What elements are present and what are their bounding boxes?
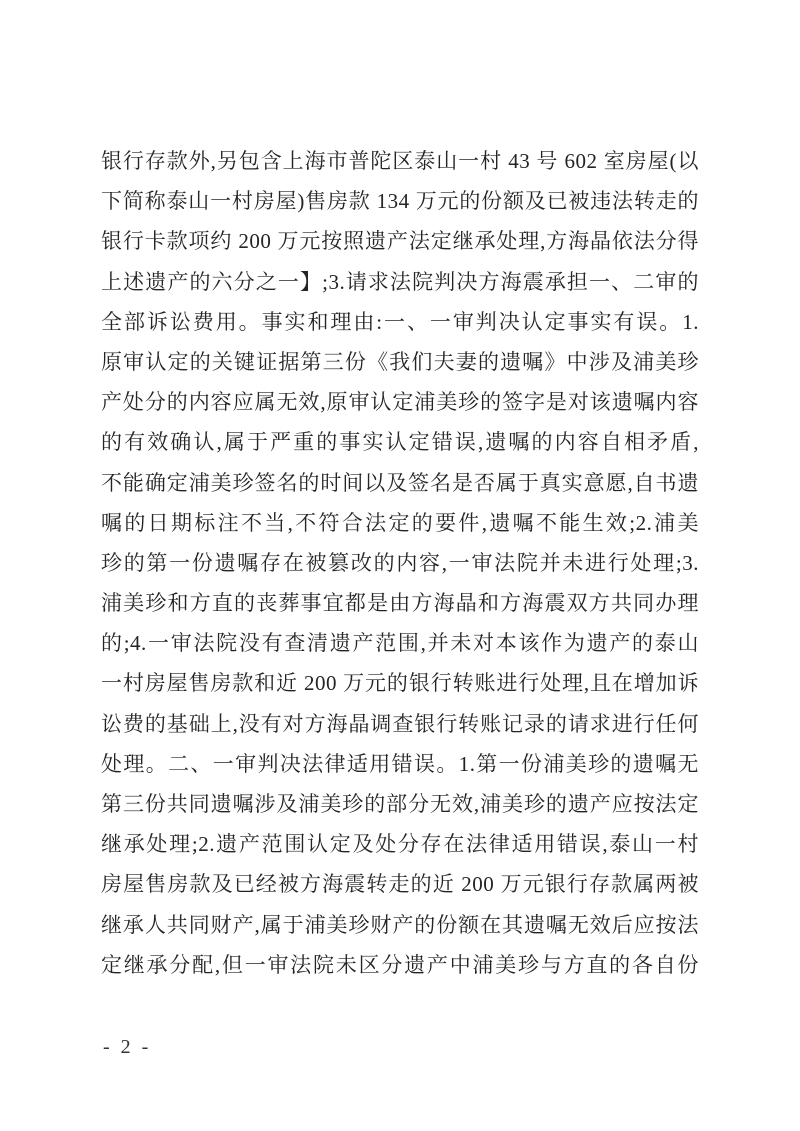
text-line: 珍的第一份遗嘱存在被篡改的内容,一审法院并未进行处理;3. bbox=[101, 543, 699, 583]
text-line: 讼费的基础上,没有对方海晶调查银行转账记录的请求进行任何 bbox=[101, 704, 699, 744]
text-line: 定继承分配,但一审法院未区分遗产中浦美珍与方直的各自份 bbox=[101, 945, 699, 985]
text-line: 一村房屋售房款和近 200 万元的银行转账进行处理,且在增加诉 bbox=[101, 663, 699, 703]
text-line: 产处分的内容应属无效,原审认定浦美珍的签字是对该遗嘱内容 bbox=[101, 382, 699, 422]
text-line: 银行卡款项约 200 万元按照遗产法定继承处理,方海晶依法分得 bbox=[101, 221, 699, 261]
text-line: 的;4.一审法院没有查清遗产范围,并未对本该作为遗产的泰山 bbox=[101, 623, 699, 663]
text-line: 银行存款外,另包含上海市普陀区泰山一村 43 号 602 室房屋(以 bbox=[101, 141, 699, 181]
text-line: 不能确定浦美珍签名的时间以及签名是否属于真实意愿,自书遗 bbox=[101, 463, 699, 503]
text-line: 处理。二、一审判决法律适用错误。1.第一份浦美珍的遗嘱无效、 bbox=[101, 744, 699, 784]
text-line: 的有效确认,属于严重的事实认定错误,遗嘱的内容自相矛盾, bbox=[101, 422, 699, 462]
text-line: 上述遗产的六分之一】;3.请求法院判决方海震承担一、二审的 bbox=[101, 262, 699, 302]
document-text-block: 银行存款外,另包含上海市普陀区泰山一村 43 号 602 室房屋(以 下简称泰山… bbox=[101, 141, 699, 985]
document-page: 银行存款外,另包含上海市普陀区泰山一村 43 号 602 室房屋(以 下简称泰山… bbox=[0, 0, 800, 1131]
text-line: 浦美珍和方直的丧葬事宜都是由方海晶和方海震双方共同办理 bbox=[101, 583, 699, 623]
text-line: 下简称泰山一村房屋)售房款 134 万元的份额及已被违法转走的 bbox=[101, 181, 699, 221]
text-line: 继承处理;2.遗产范围认定及处分存在法律适用错误,泰山一村 bbox=[101, 824, 699, 864]
text-line: 继承人共同财产,属于浦美珍财产的份额在其遗嘱无效后应按法 bbox=[101, 905, 699, 945]
text-line: 原审认定的关键证据第三份《我们夫妻的遗嘱》中涉及浦美珍遗 bbox=[101, 342, 699, 382]
text-line: 嘱的日期标注不当,不符合法定的要件,遗嘱不能生效;2.浦美 bbox=[101, 503, 699, 543]
text-line: 全部诉讼费用。事实和理由:一、一审判决认定事实有误。1. bbox=[101, 302, 699, 342]
text-line: 第三份共同遗嘱涉及浦美珍的部分无效,浦美珍的遗产应按法定 bbox=[101, 784, 699, 824]
page-number: - 2 - bbox=[103, 1036, 151, 1059]
text-line: 房屋售房款及已经被方海震转走的近 200 万元银行存款属两被 bbox=[101, 864, 699, 904]
